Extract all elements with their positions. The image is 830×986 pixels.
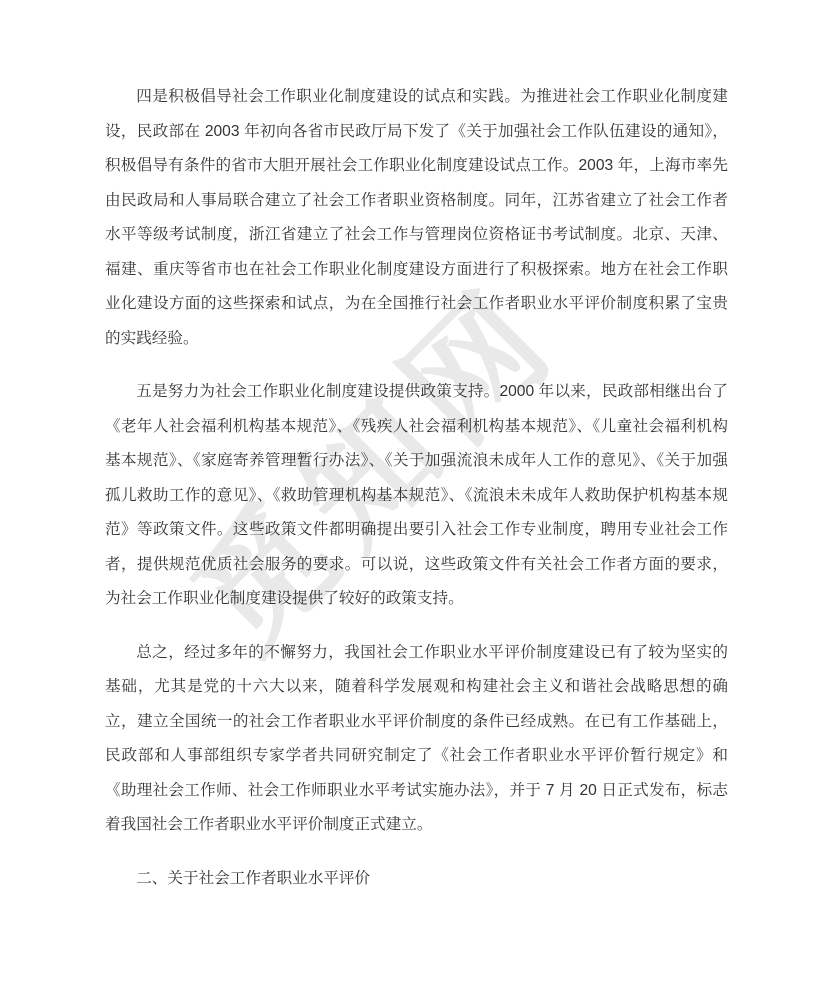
document-page: 觅知网 四是积极倡导社会工作职业化制度建设的试点和实践。为推进社会工作职业化制度… [0, 0, 830, 986]
paragraph-pilot-practice: 四是积极倡导社会工作职业化制度建设的试点和实践。为推进社会工作职业化制度建设，民… [105, 80, 728, 356]
section-heading: 二、关于社会工作者职业水平评价 [105, 862, 728, 897]
document-body: 四是积极倡导社会工作职业化制度建设的试点和实践。为推进社会工作职业化制度建设，民… [105, 80, 728, 896]
paragraph-policy-support: 五是努力为社会工作职业化制度建设提供政策支持。2000 年以来，民政部相继出台了… [105, 375, 728, 617]
paragraph-summary: 总之，经过多年的不懈努力，我国社会工作职业水平评价制度建设已有了较为坚实的基础，… [105, 636, 728, 843]
